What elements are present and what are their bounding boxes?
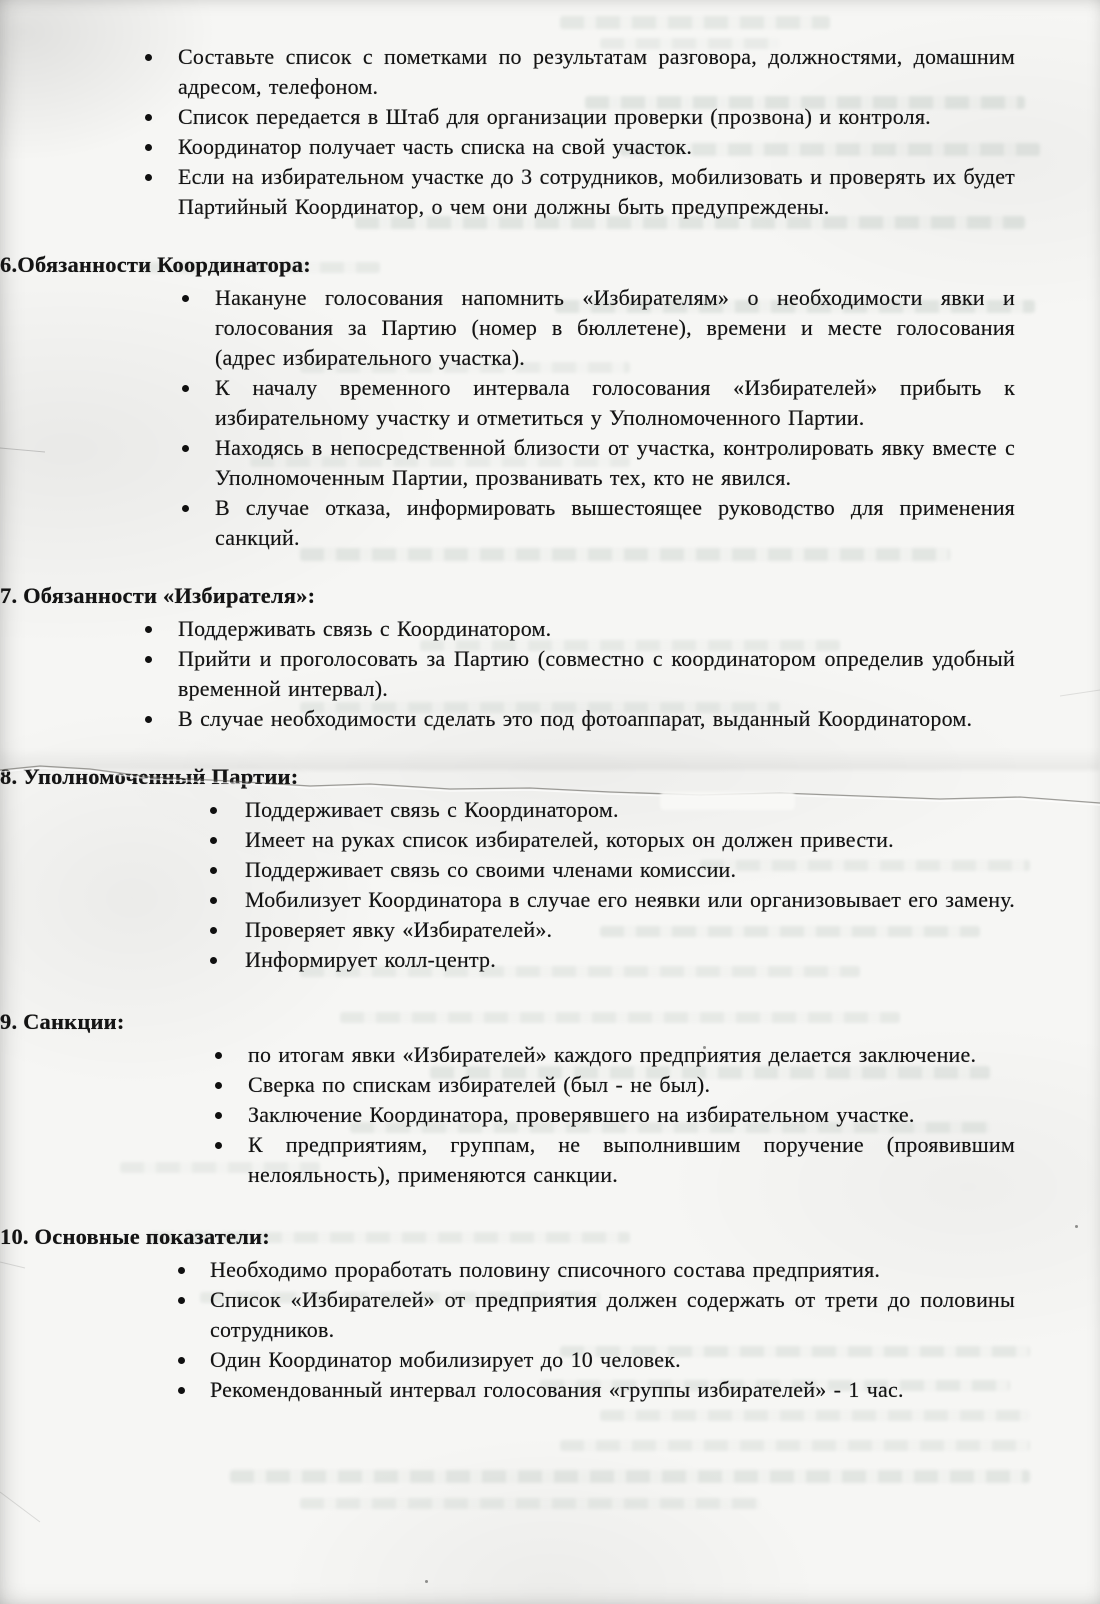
section-10-key-indicators: 10. Основные показатели: Необходимо прор… <box>0 1222 1100 1405</box>
section-8-party-representative: 8. Уполномоченный Партии: Поддерживает с… <box>0 762 1100 975</box>
intro-bullet-list: Составьте список с пометками по результа… <box>145 42 1015 222</box>
crease-whiteout <box>660 792 795 810</box>
section-bullet-list: Поддерживать связь с Координатором. Прий… <box>145 614 1015 734</box>
list-item: Составьте список с пометками по результа… <box>145 42 1015 102</box>
list-item: Прийти и проголосовать за Партию (совмес… <box>145 644 1015 704</box>
scan-speck <box>988 452 992 456</box>
list-item: Список «Избирателей» от предприятия долж… <box>178 1285 1015 1345</box>
scan-speck <box>425 1580 428 1583</box>
section-6-coordinator-duties: 6.Обязанности Координатора: Накануне гол… <box>0 250 1100 553</box>
scan-speck <box>703 1046 706 1049</box>
list-item: Поддерживать связь с Координатором. <box>145 614 1015 644</box>
section-bullet-list: Накануне голосования напомнить «Избирате… <box>182 283 1015 553</box>
list-item: Рекомендованный интервал голосования «гр… <box>178 1375 1015 1405</box>
list-item: Необходимо проработать половину списочно… <box>178 1255 1015 1285</box>
list-item: Сверка по спискам избирателей (был - не … <box>215 1070 1015 1100</box>
section-bullet-list: по итогам явки «Избирателей» каждого пре… <box>215 1040 1015 1190</box>
section-heading: 7. Обязанности «Избирателя»: <box>0 581 1100 611</box>
section-heading: 9. Санкции: <box>0 1007 1100 1037</box>
section-bullet-list: Поддерживает связь с Координатором. Имее… <box>210 795 1015 975</box>
list-item: Имеет на руках список избирателей, котор… <box>210 825 1015 855</box>
list-item: Накануне голосования напомнить «Избирате… <box>182 283 1015 373</box>
document-content: Составьте список с пометками по результа… <box>0 0 1100 1604</box>
list-item: Если на избирательном участке до 3 сотру… <box>145 162 1015 222</box>
list-item: Список передается в Штаб для организации… <box>145 102 1015 132</box>
section-bullet-list: Необходимо проработать половину списочно… <box>178 1255 1015 1405</box>
list-item: Один Координатор мобилизирует до 10 чело… <box>178 1345 1015 1375</box>
scanned-document-page: Составьте список с пометками по результа… <box>0 0 1100 1604</box>
list-item: Находясь в непосредственной близости от … <box>182 433 1015 493</box>
list-item: Заключение Координатора, проверявшего на… <box>215 1100 1015 1130</box>
scan-speck <box>1075 1225 1078 1228</box>
list-item: К предприятиям, группам, не выполнившим … <box>215 1130 1015 1190</box>
list-item: Поддерживает связь со своими членами ком… <box>210 855 1015 885</box>
list-item: В случае необходимости сделать это под ф… <box>145 704 1015 734</box>
section-9-sanctions: 9. Санкции: по итогам явки «Избирателей»… <box>0 1007 1100 1190</box>
section-heading: 8. Уполномоченный Партии: <box>0 762 1100 792</box>
section-heading: 6.Обязанности Координатора: <box>0 250 1100 280</box>
section-heading: 10. Основные показатели: <box>0 1222 1100 1252</box>
list-item: Информирует колл-центр. <box>210 945 1015 975</box>
list-item: В случае отказа, информировать вышестоящ… <box>182 493 1015 553</box>
list-item: Поддерживает связь с Координатором. <box>210 795 1015 825</box>
section-7-voter-duties: 7. Обязанности «Избирателя»: Поддерживат… <box>0 581 1100 734</box>
list-item: Проверяет явку «Избирателей». <box>210 915 1015 945</box>
list-item: Координатор получает часть списка на сво… <box>145 132 1015 162</box>
list-item: Мобилизует Координатора в случае его нея… <box>210 885 1015 915</box>
list-item: по итогам явки «Избирателей» каждого пре… <box>215 1040 1015 1070</box>
list-item: К началу временного интервала голосовани… <box>182 373 1015 433</box>
